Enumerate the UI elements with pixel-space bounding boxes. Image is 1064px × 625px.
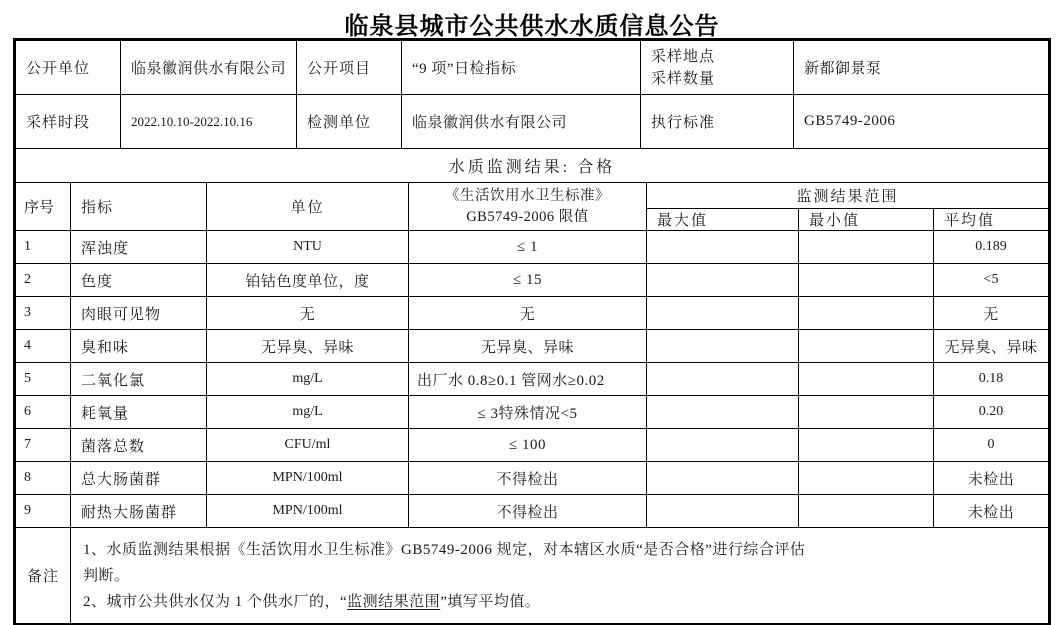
cell-avg: 0.18 (934, 363, 1049, 396)
table-row: 3 肉眼可见物 无 无 无 (16, 297, 1049, 330)
info-section: 公开单位 临泉徽润供水有限公司 公开项目 “9 项”日检指标 采样地点 采样数量… (15, 40, 1049, 149)
cell-min (799, 231, 934, 264)
cell-indicator: 菌落总数 (71, 429, 207, 462)
cell-unit: mg/L (207, 396, 409, 429)
value-sampling-location: 新都御景泵 (794, 41, 1049, 95)
cell-avg: 0 (934, 429, 1049, 462)
info-row-1: 公开单位 临泉徽润供水有限公司 公开项目 “9 项”日检指标 采样地点 采样数量… (16, 41, 1049, 95)
cell-limit: 无异臭、异味 (409, 330, 647, 363)
remark-note-2: 2、城市公共供水仅为 1 个供水厂的，“监测结果范围”填写平均值。 (83, 589, 1036, 615)
label-executive-standard: 执行标准 (641, 95, 794, 149)
header-max: 最大值 (647, 209, 799, 231)
cell-avg: <5 (934, 264, 1049, 297)
cell-unit: 无 (207, 297, 409, 330)
cell-seq: 4 (16, 330, 71, 363)
header-row-1: 序号 指标 单位 《生活饮用水卫生标准》 GB5749-2006 限值 监测结果… (16, 183, 1049, 209)
cell-min (799, 330, 934, 363)
table-row: 4 臭和味 无异臭、异味 无异臭、异味 无异臭、异味 (16, 330, 1049, 363)
cell-min (799, 363, 934, 396)
table-row: 7 菌落总数 CFU/ml ≤ 100 0 (16, 429, 1049, 462)
cell-unit: mg/L (207, 363, 409, 396)
cell-max (647, 462, 799, 495)
underlined-range-term: 监测结果范围 (347, 594, 440, 610)
label-public-project: 公开项目 (297, 41, 402, 95)
header-seq: 序号 (16, 183, 71, 231)
cell-seq: 9 (16, 495, 71, 528)
cell-limit: 不得检出 (409, 462, 647, 495)
header-unit: 单位 (207, 183, 409, 231)
cell-min (799, 495, 934, 528)
data-section: 序号 指标 单位 《生活饮用水卫生标准》 GB5749-2006 限值 监测结果… (15, 182, 1049, 528)
table-row: 8 总大肠菌群 MPN/100ml 不得检出 未检出 (16, 462, 1049, 495)
table-row: 1 浑浊度 NTU ≤ 1 0.189 (16, 231, 1049, 264)
label-sampling-period: 采样时段 (16, 95, 121, 149)
cell-limit: ≤ 1 (409, 231, 647, 264)
cell-avg: 未检出 (934, 462, 1049, 495)
cell-limit: 无 (409, 297, 647, 330)
header-range-group: 监测结果范围 (647, 183, 1049, 209)
cell-max (647, 231, 799, 264)
cell-indicator: 色度 (71, 264, 207, 297)
cell-avg: 未检出 (934, 495, 1049, 528)
cell-limit: ≤ 15 (409, 264, 647, 297)
cell-unit: 铂钴色度单位，度 (207, 264, 409, 297)
remarks-label: 备注 (16, 528, 71, 624)
value-sampling-period: 2022.10.10-2022.10.16 (121, 95, 297, 149)
cell-limit: 出厂水 0.8≥0.1 管网水≥0.02 (409, 363, 647, 396)
cell-limit: ≤ 100 (409, 429, 647, 462)
result-banner: 水质监测结果: 合格 (16, 149, 1049, 183)
cell-avg: 无 (934, 297, 1049, 330)
value-public-project: “9 项”日检指标 (402, 41, 641, 95)
cell-seq: 3 (16, 297, 71, 330)
value-public-unit: 临泉徽润供水有限公司 (121, 41, 297, 95)
label-sampling-location-quantity: 采样地点 采样数量 (641, 41, 794, 95)
value-executive-standard: GB5749-2006 (794, 95, 1049, 149)
cell-limit: 不得检出 (409, 495, 647, 528)
cell-max (647, 297, 799, 330)
cell-seq: 7 (16, 429, 71, 462)
cell-avg: 无异臭、异味 (934, 330, 1049, 363)
cell-min (799, 297, 934, 330)
result-banner-section: 水质监测结果: 合格 (15, 148, 1049, 183)
cell-min (799, 264, 934, 297)
cell-indicator: 肉眼可见物 (71, 297, 207, 330)
remarks-row: 备注 1、水质监测结果根据《生活饮用水卫生标准》GB5749-2006 规定，对… (16, 528, 1049, 624)
cell-max (647, 330, 799, 363)
cell-max (647, 396, 799, 429)
cell-indicator: 总大肠菌群 (71, 462, 207, 495)
cell-avg: 0.189 (934, 231, 1049, 264)
cell-unit: MPN/100ml (207, 495, 409, 528)
cell-indicator: 臭和味 (71, 330, 207, 363)
remark-note-1-line-2: 判断。 (83, 563, 1036, 589)
table-row: 6 耗氧量 mg/L ≤ 3特殊情况<5 0.20 (16, 396, 1049, 429)
cell-unit: CFU/ml (207, 429, 409, 462)
header-indicator: 指标 (71, 183, 207, 231)
cell-indicator: 耗氧量 (71, 396, 207, 429)
cell-seq: 6 (16, 396, 71, 429)
cell-unit: MPN/100ml (207, 462, 409, 495)
remark-note-1-line-1: 1、水质监测结果根据《生活饮用水卫生标准》GB5749-2006 规定，对本辖区… (83, 537, 1036, 563)
cell-max (647, 495, 799, 528)
water-quality-report-table: 公开单位 临泉徽润供水有限公司 公开项目 “9 项”日检指标 采样地点 采样数量… (13, 38, 1051, 625)
cell-min (799, 462, 934, 495)
header-limit: 《生活饮用水卫生标准》 GB5749-2006 限值 (409, 183, 647, 231)
cell-min (799, 396, 934, 429)
table-row: 5 二氧化氯 mg/L 出厂水 0.8≥0.1 管网水≥0.02 0.18 (16, 363, 1049, 396)
table-row: 9 耐热大肠菌群 MPN/100ml 不得检出 未检出 (16, 495, 1049, 528)
remarks-text: 1、水质监测结果根据《生活饮用水卫生标准》GB5749-2006 规定，对本辖区… (71, 528, 1049, 624)
cell-max (647, 264, 799, 297)
table-row: 2 色度 铂钴色度单位，度 ≤ 15 <5 (16, 264, 1049, 297)
cell-seq: 5 (16, 363, 71, 396)
value-testing-unit: 临泉徽润供水有限公司 (402, 95, 641, 149)
cell-indicator: 二氧化氯 (71, 363, 207, 396)
cell-limit: ≤ 3特殊情况<5 (409, 396, 647, 429)
remarks-section: 备注 1、水质监测结果根据《生活饮用水卫生标准》GB5749-2006 规定，对… (15, 527, 1049, 624)
cell-avg: 0.20 (934, 396, 1049, 429)
cell-seq: 8 (16, 462, 71, 495)
cell-seq: 1 (16, 231, 71, 264)
cell-seq: 2 (16, 264, 71, 297)
cell-max (647, 363, 799, 396)
cell-unit: NTU (207, 231, 409, 264)
header-min: 最小值 (799, 209, 934, 231)
cell-min (799, 429, 934, 462)
page-title: 临泉县城市公共供水水质信息公告 (0, 0, 1064, 32)
cell-max (647, 429, 799, 462)
cell-unit: 无异臭、异味 (207, 330, 409, 363)
cell-indicator: 耐热大肠菌群 (71, 495, 207, 528)
label-public-unit: 公开单位 (16, 41, 121, 95)
cell-indicator: 浑浊度 (71, 231, 207, 264)
info-row-2: 采样时段 2022.10.10-2022.10.16 检测单位 临泉徽润供水有限… (16, 95, 1049, 149)
label-testing-unit: 检测单位 (297, 95, 402, 149)
header-avg: 平均值 (934, 209, 1049, 231)
